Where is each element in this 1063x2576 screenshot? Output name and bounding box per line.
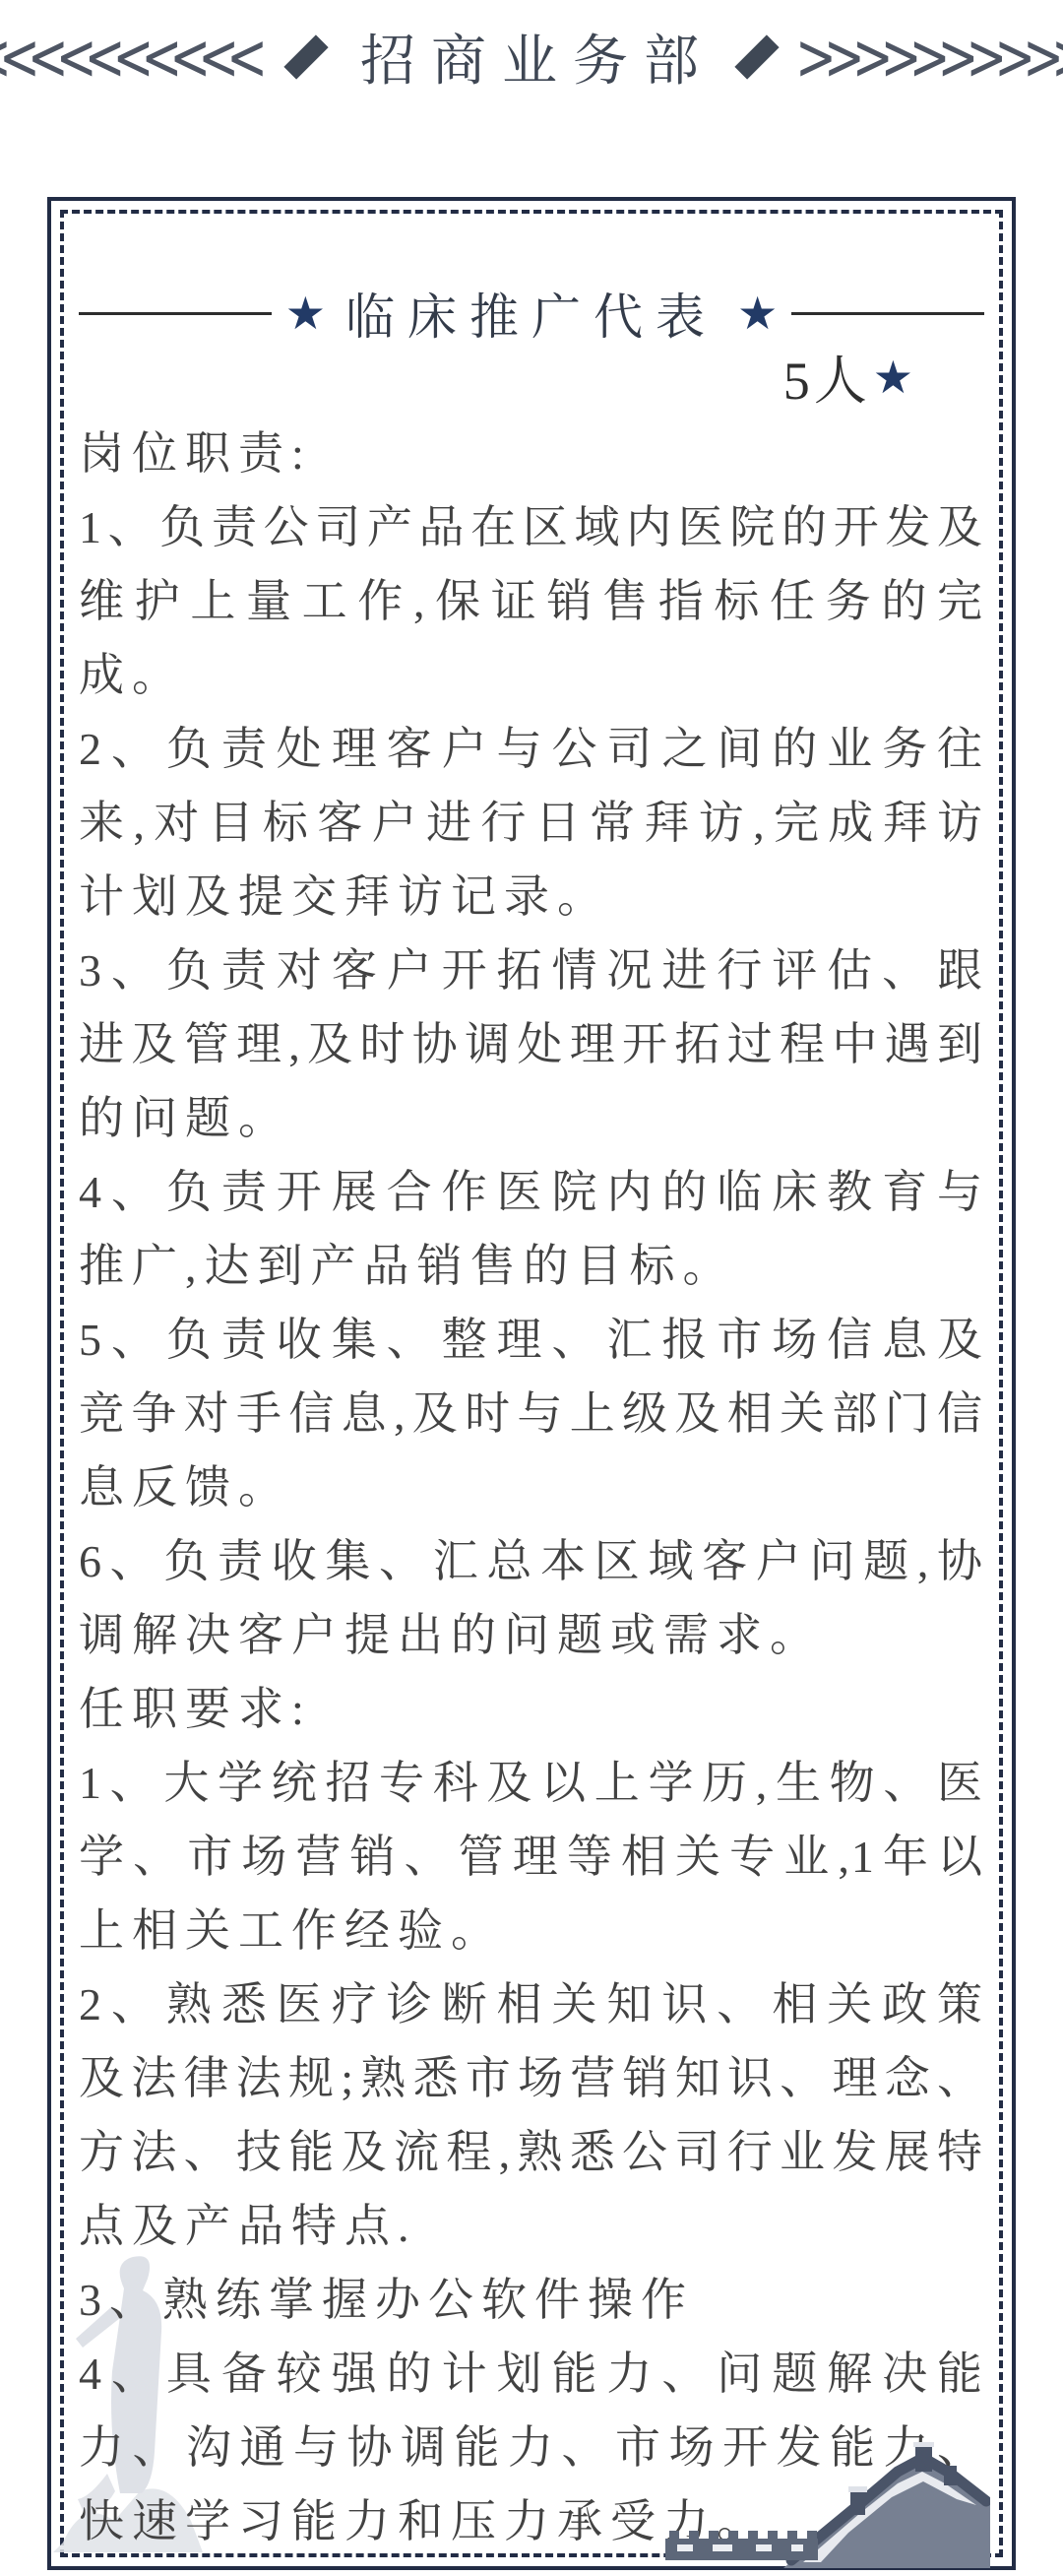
duty-3-line-2: 进及管理,及时协调处理开拓过程中遇到 (79, 1007, 984, 1081)
diamond-icon (283, 34, 328, 79)
requirement-1-line-3: 上相关工作经验。 (79, 1894, 984, 1967)
job-title: 临床推广代表 (345, 278, 718, 349)
title-line-left (79, 312, 272, 315)
requirement-2-line-4: 点及产品特点. (79, 2189, 984, 2263)
chevrons-right-icon: >>>>>>>>>> (795, 20, 1063, 96)
diamond-icon (734, 34, 779, 79)
duty-5-line-3: 息反馈。 (79, 1450, 984, 1524)
department-title: 招商业务部 (360, 18, 715, 97)
requirement-2-line-2: 及法律法规;熟悉市场营销知识、理念、 (79, 2041, 984, 2115)
star-icon: ★ (285, 290, 326, 336)
chevrons-left-icon: <<<<<<<<<< (0, 20, 268, 96)
duty-2-line-3: 计划及提交拜访记录。 (79, 860, 984, 934)
requirement-1-line-2: 学、市场营销、管理等相关专业,1年以 (79, 1820, 984, 1894)
duty-1-line-3: 成。 (79, 638, 984, 712)
duty-5-line-1: 5、负责收集、整理、汇报市场信息及 (79, 1303, 984, 1377)
duty-2-line-2: 来,对目标客户进行日常拜访,完成拜访 (79, 786, 984, 860)
job-card-content: ★ 临床推广代表 ★ 5人 ★ 岗位职责:1、负责公司产品在区域内医院的开发及维… (51, 201, 1012, 2566)
requirement-1-line-1: 1、大学统招专科及以上学历,生物、医 (79, 1746, 984, 1820)
requirements-heading: 任职要求: (79, 1672, 984, 1746)
duty-2-line-1: 2、负责处理客户与公司之间的业务往 (79, 712, 984, 786)
duty-1-line-2: 维护上量工作,保证销售指标任务的完 (79, 564, 984, 638)
star-icon: ★ (737, 290, 778, 336)
duty-4-line-2: 推广,达到产品销售的目标。 (79, 1229, 984, 1303)
requirement-2-line-3: 方法、技能及流程,熟悉公司行业发展特 (79, 2115, 984, 2189)
great-wall-icon (665, 2442, 990, 2570)
job-title-row: ★ 临床推广代表 ★ (79, 201, 984, 349)
duties-heading: 岗位职责: (79, 417, 984, 490)
title-line-right (791, 312, 984, 315)
duty-6-line-1: 6、负责收集、汇总本区域客户问题,协 (79, 1524, 984, 1598)
requirement-3-line-1: 3、熟练掌握办公软件操作 (79, 2263, 984, 2337)
job-lines: 岗位职责:1、负责公司产品在区域内医院的开发及维护上量工作,保证销售指标任务的完… (79, 417, 984, 2558)
star-icon: ★ (873, 351, 913, 404)
duty-5-line-2: 竞争对手信息,及时与上级及相关部门信 (79, 1377, 984, 1450)
duty-6-line-2: 调解决客户提出的问题或需求。 (79, 1598, 984, 1672)
duty-3-line-1: 3、负责对客户开拓情况进行评估、跟 (79, 934, 984, 1007)
headcount-value: 5人 (783, 339, 871, 415)
duty-3-line-3: 的问题。 (79, 1081, 984, 1155)
job-card: ★ 临床推广代表 ★ 5人 ★ 岗位职责:1、负责公司产品在区域内医院的开发及维… (47, 197, 1016, 2570)
headcount-row: 5人 ★ (79, 339, 984, 415)
page: <<<<<<<<<< 招商业务部 >>>>>>>>>> ★ 临床推广代表 ★ 5… (0, 0, 1063, 2570)
department-header: <<<<<<<<<< 招商业务部 >>>>>>>>>> (0, 0, 1063, 104)
duty-4-line-1: 4、负责开展合作医院内的临床教育与 (79, 1155, 984, 1229)
requirement-2-line-1: 2、熟悉医疗诊断相关知识、相关政策 (79, 1967, 984, 2041)
duty-1-line-1: 1、负责公司产品在区域内医院的开发及 (79, 490, 984, 564)
requirement-4-line-1: 4、具备较强的计划能力、问题解决能 (79, 2337, 984, 2411)
